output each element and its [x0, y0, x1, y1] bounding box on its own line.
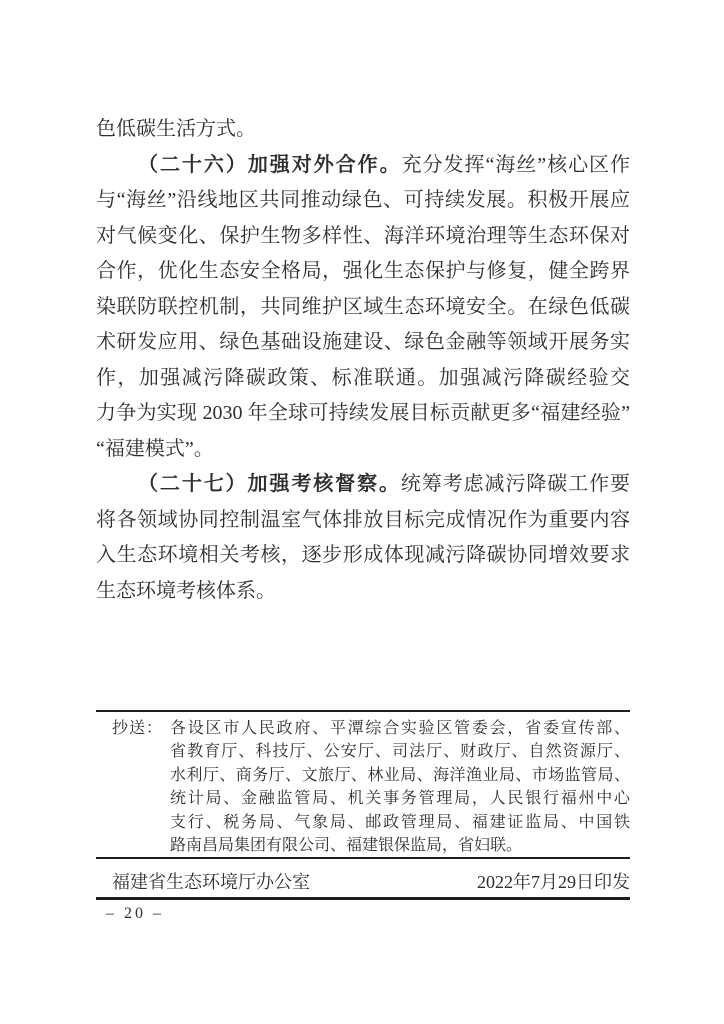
- document-page: 色低碳生活方式。 （二十六）加强对外合作。充分发挥“海丝”核心区作用， 与“海丝…: [0, 0, 724, 1024]
- body-line: 与“海丝”沿线地区共同推动绿色、可持续发展。积极开展应: [96, 183, 630, 219]
- section-heading: （二十七）加强考核督察。: [138, 473, 401, 495]
- body-line: （二十六）加强对外合作。充分发挥“海丝”核心区作用，: [96, 148, 630, 184]
- body-line: 色低碳生活方式。: [96, 112, 630, 148]
- body-line-text: 生态环境考核体系。: [96, 580, 276, 602]
- body-line-text: 术研发应用、绿色基础设施建设、绿色金融等领域开展务实合: [96, 331, 630, 361]
- cc-label: 抄送：: [112, 717, 163, 740]
- body-line: 作，加强减污降碳政策、标准联通。加强减污降碳经验交流，: [96, 361, 630, 397]
- cc-block: 抄送： 各设区市人民政府、平潭综合实验区管委会，省委宣传部、 省教育厅、科技厅、…: [112, 717, 630, 857]
- body-line: （二十七）加强考核督察。统筹考虑减污降碳工作要求，: [96, 467, 630, 503]
- body-line-text: 色低碳生活方式。: [96, 118, 256, 140]
- cc-line: 统计局、金融监管局、机关事务管理局，人民银行福州中心: [170, 787, 630, 810]
- cc-line: 水利厅、商务厅、文旅厅、林业局、海洋渔业局、市场监管局、: [170, 764, 630, 787]
- cc-line: 省教育厅、科技厅、公安厅、司法厅、财政厅、自然资源厅、: [170, 740, 630, 763]
- document-body: 色低碳生活方式。 （二十六）加强对外合作。充分发挥“海丝”核心区作用， 与“海丝…: [96, 112, 630, 609]
- body-line-text: 作，加强减污降碳政策、标准联通。加强减污降碳经验交流，: [96, 367, 630, 397]
- body-line: 术研发应用、绿色基础设施建设、绿色金融等领域开展务实合: [96, 325, 630, 361]
- body-line-text: 对气候变化、保护生物多样性、海洋环境治理等生态环保对外: [96, 225, 630, 255]
- body-line: 染联防联控机制，共同维护区域生态环境安全。在绿色低碳技: [96, 290, 630, 326]
- issuing-office: 福建省生态环境厅办公室: [112, 869, 310, 895]
- cc-line: 路南昌局集团有限公司、福建银保监局，省妇联。: [170, 834, 630, 857]
- cc-top-rule: [96, 710, 630, 712]
- body-line: 生态环境考核体系。: [96, 574, 630, 610]
- body-line: 入生态环境相关考核，逐步形成体现减污降碳协同增效要求的: [96, 538, 630, 574]
- body-line: 将各领域协同控制温室气体排放目标完成情况作为重要内容纳: [96, 503, 630, 539]
- body-line-text: 合作，优化生态安全格局，强化生态保护与修复，健全跨界污: [96, 260, 630, 290]
- cc-bottom-rule: [96, 857, 630, 859]
- cc-line: 支行、税务局、气象局、邮政管理局、福建证监局、中国铁: [170, 811, 630, 834]
- footer-rule: [96, 897, 630, 900]
- body-line-text: 染联防联控机制，共同维护区域生态环境安全。在绿色低碳技: [96, 296, 630, 326]
- cc-lines: 各设区市人民政府、平潭综合实验区管委会，省委宣传部、 省教育厅、科技厅、公安厅、…: [170, 717, 630, 857]
- body-line-text: 与“海丝”沿线地区共同推动绿色、可持续发展。积极开展应: [96, 189, 630, 211]
- section-heading: （二十六）加强对外合作。: [138, 154, 402, 176]
- body-line-text: 力争为实现 2030 年全球可持续发展目标贡献更多“福建经验”: [96, 402, 630, 424]
- print-date: 2022年7月29日印发: [477, 869, 630, 895]
- footer-row: 福建省生态环境厅办公室 2022年7月29日印发: [112, 869, 630, 895]
- body-line: 力争为实现 2030 年全球可持续发展目标贡献更多“福建经验”: [96, 396, 630, 432]
- body-line-text: 入生态环境相关考核，逐步形成体现减污降碳协同增效要求的: [96, 544, 630, 574]
- body-line: “福建模式”。: [96, 432, 630, 468]
- body-line-text: 将各领域协同控制温室气体排放目标完成情况作为重要内容纳: [96, 509, 630, 539]
- cc-line: 各设区市人民政府、平潭综合实验区管委会，省委宣传部、: [170, 717, 630, 740]
- body-line-text: “福建模式”。: [96, 438, 214, 460]
- page-number: – 20 –: [106, 903, 164, 925]
- body-line: 对气候变化、保护生物多样性、海洋环境治理等生态环保对外: [96, 219, 630, 255]
- body-line: 合作，优化生态安全格局，强化生态保护与修复，健全跨界污: [96, 254, 630, 290]
